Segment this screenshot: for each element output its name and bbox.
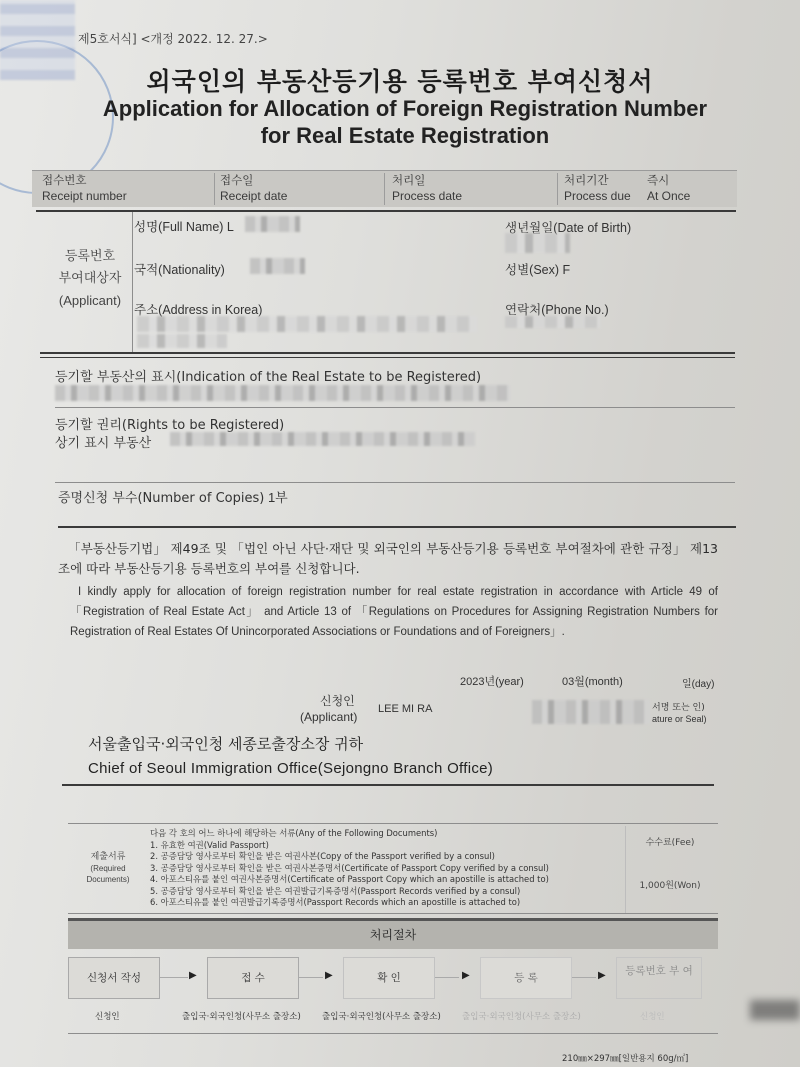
step-register: 등 록 [480, 957, 572, 999]
real-estate-indication-label: 등기할 부동산의 표시(Indication of the Real Estat… [55, 366, 481, 385]
declaration-english: I kindly apply for allocation of foreign… [70, 582, 718, 642]
redacted-nationality [250, 258, 305, 274]
title-english-line1: Application for Allocation of Foreign Re… [20, 95, 790, 122]
document-item: 2. 공증담당 영사로부터 확인을 받은 여권사본(Copy of the Pa… [150, 851, 549, 863]
title-korean: 외국인의 부동산등기용 등록번호 부여신청서 [0, 62, 800, 98]
document-item: 5. 공증담당 영사로부터 확인을 받은 여권발급기록증명서(Passport … [150, 886, 549, 898]
redacted-dob [505, 233, 570, 253]
document-item: 3. 공증담당 영사로부터 확인을 받은 여권사본증명서(Certificate… [150, 863, 549, 875]
applicant-name: LEE MI RA [378, 703, 432, 715]
receipt-date-cell: 접수일 Receipt date [220, 172, 287, 204]
arrow-right-icon: ▶ [462, 970, 470, 981]
arrow-right-icon: ▶ [598, 970, 606, 981]
addressee-english: Chief of Seoul Immigration Office(Sejong… [88, 760, 493, 777]
process-due-value: 즉시 At Once [647, 172, 690, 204]
process-date-cell: 처리일 Process date [392, 172, 462, 204]
arrow-right-icon: ▶ [325, 970, 333, 981]
redacted-address-line1 [137, 316, 477, 332]
document-item: 6. 아포스티유를 붙인 여권발급기록증명서(Passport Records … [150, 897, 549, 909]
step-receipt: 접 수 [207, 957, 299, 999]
sign-or-seal-en: ature or Seal) [652, 714, 707, 724]
required-documents-label: 제출서류 (Required Documents) [68, 852, 148, 885]
document-item: 4. 아포스티유를 붙인 여권사본증명서(Certificate of Pass… [150, 874, 549, 886]
day-field: 일(day) [682, 675, 714, 690]
fee-value: 1,000원(Won) [625, 878, 715, 891]
rights-value: 상기 표시 부동산 [55, 432, 151, 451]
redacted-signature [532, 700, 650, 724]
photo-edge-shadow [750, 1000, 800, 1020]
applicant-label-en: (Applicant) [300, 710, 357, 724]
copies-field: 증명신청 부수(Number of Copies) 1부 [58, 487, 288, 506]
title-english-line2: for Real Estate Registration [20, 122, 790, 149]
required-documents-list: 다음 각 호의 어느 하나에 해당하는 서류(Any of the Follow… [150, 828, 549, 909]
divider [36, 210, 736, 212]
paper-size-note: 210㎜×297㎜[일반용지 60g/㎡] [562, 1052, 688, 1064]
redacted-real-estate [55, 385, 510, 401]
full-name-field: 성명(Full Name) L [134, 217, 234, 235]
step-write-application: 신청서 작성 [68, 957, 160, 999]
actor-label: 신청인 [640, 1010, 665, 1022]
sign-or-seal-ko: 서명 또는 인) [652, 700, 705, 713]
copies-value: 1부 [268, 490, 288, 505]
title-english: Application for Allocation of Foreign Re… [0, 95, 790, 149]
actor-label: 출입국·외국인청(사무소 출장소) [462, 1010, 581, 1022]
rights-label: 등기할 권리(Rights to be Registered) [55, 414, 284, 433]
actor-label: 신청인 [95, 1010, 120, 1022]
nationality-label: 국적(Nationality) [134, 260, 225, 278]
fee-label: 수수료(Fee) [630, 835, 710, 848]
step-assign-number: 등록번호 부 여 [616, 957, 702, 999]
document-item: 1. 유효한 여권(Valid Passport) [150, 840, 549, 852]
actor-label: 출입국·외국인청(사무소 출장소) [322, 1010, 441, 1022]
form-number: 제5호서식] <개정 2022. 12. 27.> [78, 30, 268, 47]
addressee-korean: 서울출입국·외국인청 세종로출장소장 귀하 [88, 733, 363, 754]
arrow-right-icon: ▶ [189, 970, 197, 981]
full-name-value: L [227, 220, 234, 234]
redacted-phone [505, 316, 600, 328]
process-due-cell: 처리기간 Process due [564, 172, 631, 204]
receipt-bar: 접수번호 Receipt number 접수일 Receipt date 처리일… [32, 170, 737, 207]
actor-label: 출입국·외국인청(사무소 출장소) [182, 1010, 301, 1022]
declaration-korean: 「부동산등기법」 제49조 및 「법인 아닌 사단·재단 및 외국인의 부동산등… [58, 539, 718, 579]
sex-value: F [563, 263, 571, 277]
applicant-label-ko: 신청인 [320, 692, 355, 709]
receipt-number-cell: 접수번호 Receipt number [42, 172, 127, 204]
redacted-rights [170, 432, 475, 446]
redacted-address-line2 [137, 334, 227, 348]
procedure-header: 처리절차 [68, 918, 718, 949]
redacted-name [245, 216, 300, 232]
sex-field: 성별(Sex) F [505, 260, 570, 278]
month-field: 03월(month) [562, 673, 623, 689]
year-field: 2023년(year) [460, 673, 524, 689]
step-confirm: 확 인 [343, 957, 435, 999]
applicant-section-label: 등록번호 부여대상자 (Applicant) [48, 246, 132, 312]
